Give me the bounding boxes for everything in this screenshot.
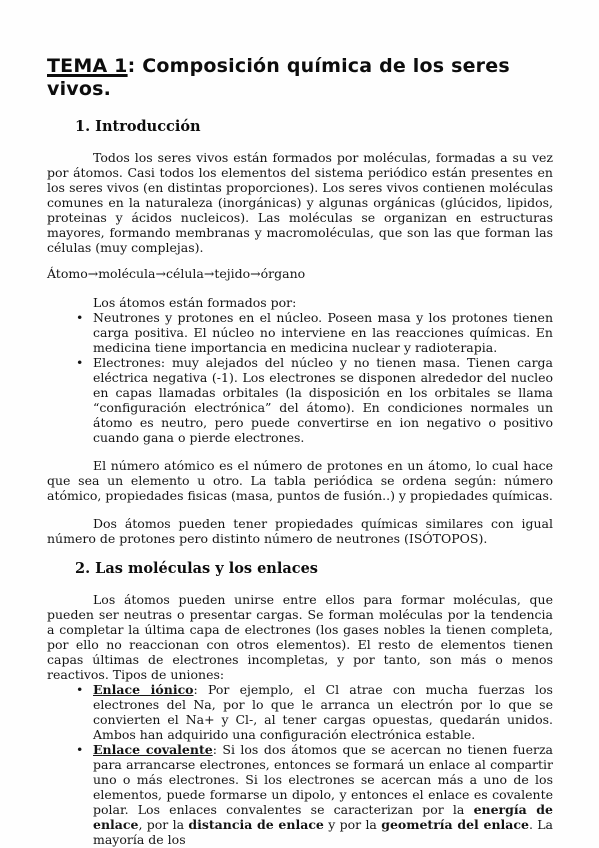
- text-run: distancia de enlace: [188, 817, 324, 832]
- text-run: Neutrones y protones en el núcleo. Posee…: [93, 310, 553, 355]
- text-run: Todos los seres vivos están formados por…: [47, 150, 553, 255]
- text-run: 2. Las moléculas y los enlaces: [75, 560, 318, 577]
- document-body: TEMA 1: Composición química de los seres…: [47, 55, 553, 847]
- text-run: Los átomos están formados por:: [93, 295, 296, 310]
- text-line: Átomo→molécula→célula→tejido→órgano: [47, 266, 553, 281]
- paragraph: Los átomos pueden unirse entre ellos par…: [47, 592, 553, 682]
- text-run: Enlace covalente: [93, 742, 213, 757]
- bullet-marker: •: [76, 742, 83, 757]
- bullet-item: •Electrones: muy alejados del núcleo y n…: [47, 355, 553, 445]
- text-run: Átomo→molécula→célula→tejido→órgano: [47, 266, 305, 281]
- doc-title: TEMA 1: Composición química de los seres…: [47, 55, 553, 101]
- text-run: Electrones: muy alejados del núcleo y no…: [93, 355, 553, 445]
- section-heading: 1. Introducción: [75, 118, 553, 135]
- text-run: Enlace iónico: [93, 682, 194, 697]
- bullet-item: •Enlace covalente: Si los dos átomos que…: [47, 742, 553, 847]
- bullet-item: •Neutrones y protones en el núcleo. Pose…: [47, 310, 553, 355]
- document-page: TEMA 1: Composición química de los seres…: [0, 0, 599, 848]
- bullet-marker: •: [76, 310, 83, 325]
- bullet-marker: •: [76, 355, 83, 370]
- text-run: Los átomos pueden unirse entre ellos par…: [47, 592, 553, 682]
- paragraph: Dos átomos pueden tener propiedades quím…: [47, 516, 553, 546]
- section-heading: 2. Las moléculas y los enlaces: [75, 560, 553, 577]
- text-run: 1. Introducción: [75, 118, 201, 135]
- bullet-item: •Enlace iónico: Por ejemplo, el Cl atrae…: [47, 682, 553, 742]
- text-line: Los átomos están formados por:: [47, 295, 553, 310]
- text-run: , por la: [138, 817, 188, 832]
- paragraph: Todos los seres vivos están formados por…: [47, 150, 553, 255]
- text-run: Dos átomos pueden tener propiedades quím…: [47, 516, 553, 546]
- text-run: geometría del enlace: [381, 817, 529, 832]
- paragraph: El número atómico es el número de proton…: [47, 458, 553, 503]
- text-run: y por la: [324, 817, 381, 832]
- bullet-marker: •: [76, 682, 83, 697]
- text-run: El número atómico es el número de proton…: [47, 458, 553, 503]
- text-run: TEMA 1: [47, 55, 128, 77]
